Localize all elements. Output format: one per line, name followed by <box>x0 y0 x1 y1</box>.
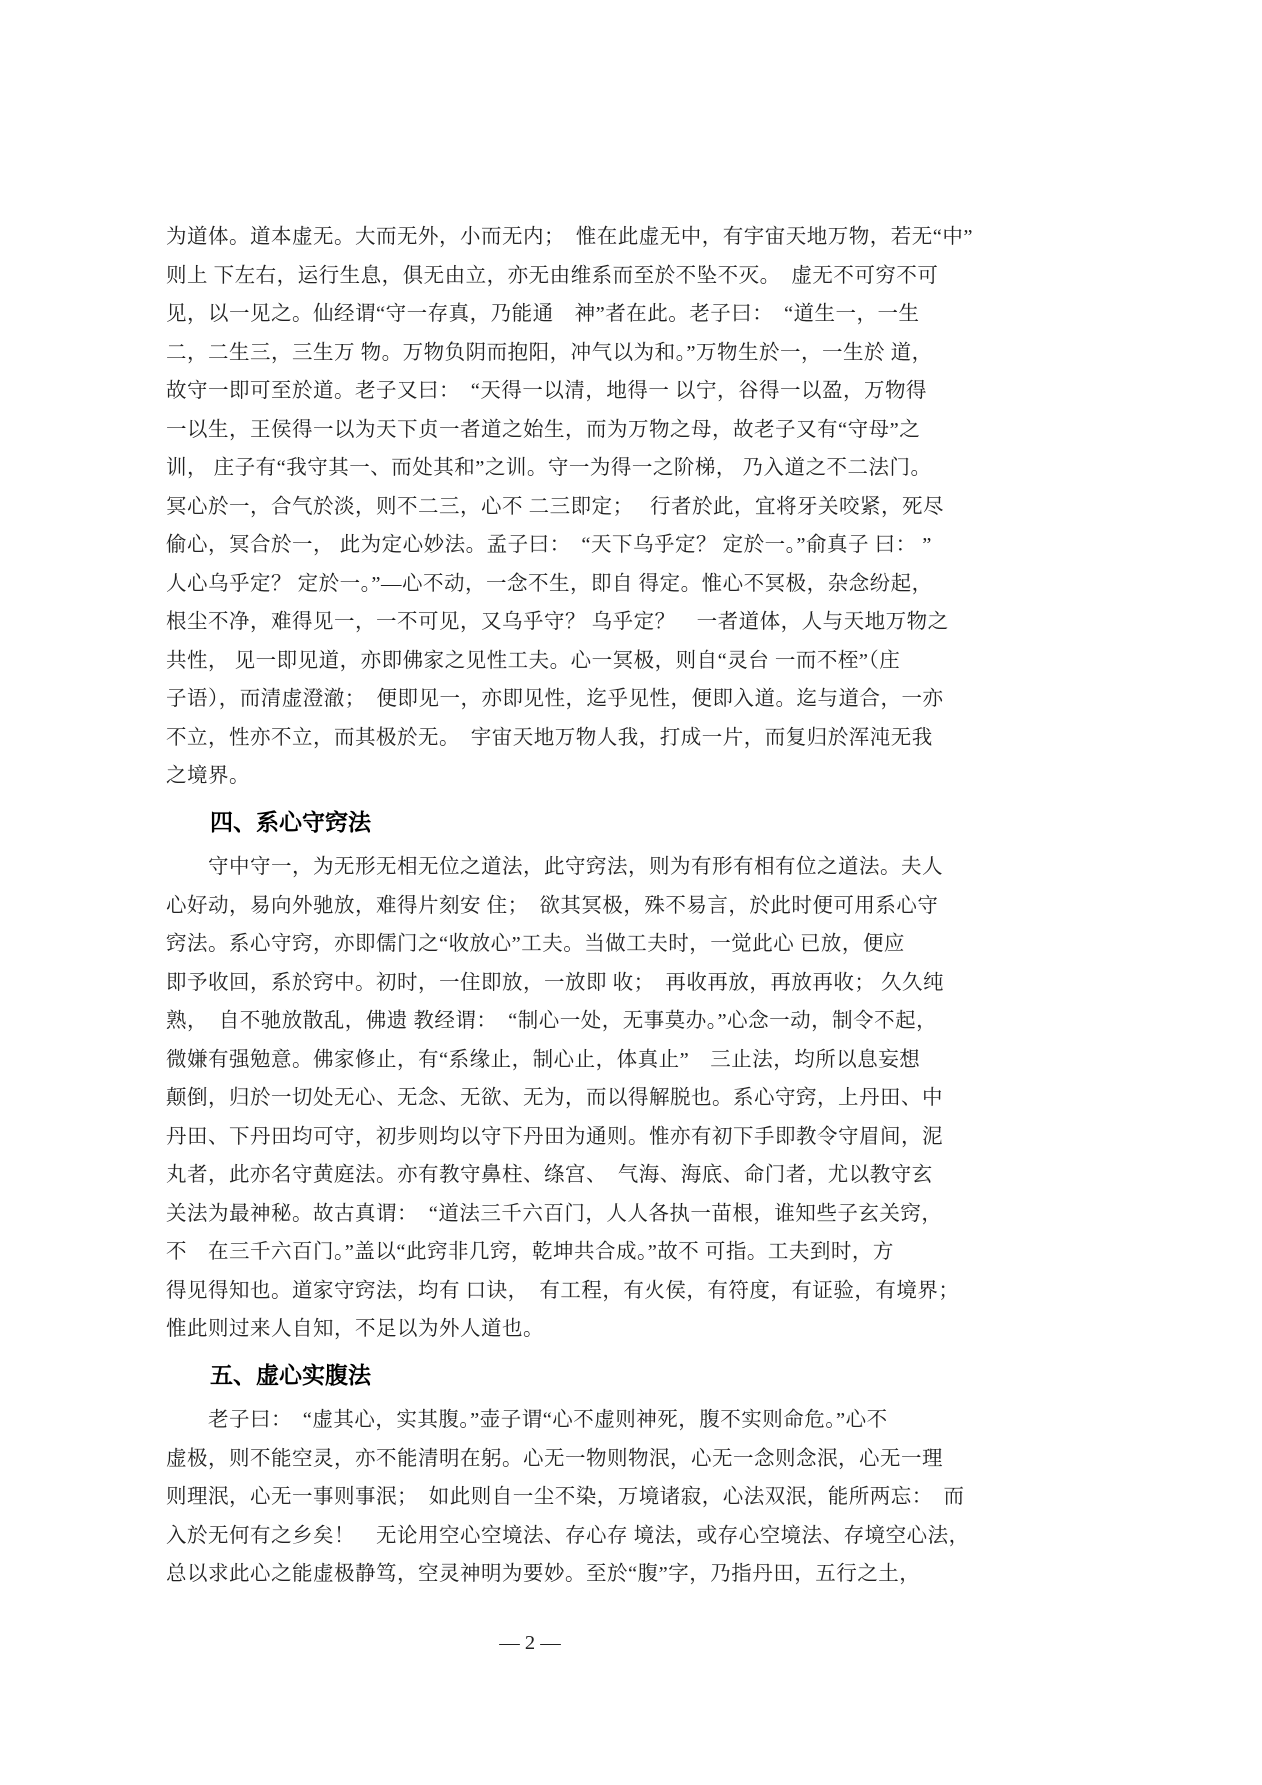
text-line: 关法为最神秘。故古真谓： “道法三千六百门，人人各执一苗根，谁知些子玄关窍， <box>166 1195 1026 1234</box>
text-line: 人心乌乎定？ 定於一。”—心不动，一念不生，即自 得定。惟心不冥极，杂念纷起， <box>166 565 1026 604</box>
text-line: 则理泯，心无一事则事泯； 如此则自一尘不染，万境诸寂，心法双泯，能所两忘： 而 <box>166 1478 1026 1517</box>
document-page: 为道体。道本虚无。大而无外，小而无内； 惟在此虚无中，有宇宙天地万物，若无“中”… <box>0 0 1262 1785</box>
section-heading-5: 五、虚心实腹法 <box>166 1356 1026 1395</box>
text-line: 得见得知也。道家守窍法，均有 口诀， 有工程，有火侯，有符度，有证验，有境界； <box>166 1272 1026 1311</box>
text-line: 根尘不净，难得见一，一不可见，又乌乎守？ 乌乎定？ 一者道体，人与天地万物之 <box>166 603 1026 642</box>
text-line: 窍法。系心守窍，亦即儒门之“收放心”工夫。当做工夫时，一觉此心 已放，便应 <box>166 925 1026 964</box>
text-line: 丸者，此亦名守黄庭法。亦有教守鼻柱、绦宫、 气海、海底、命门者，尤以教守玄 <box>166 1156 1026 1195</box>
text-line: 共性， 见一即见道，亦即佛家之见性工夫。心一冥极，则自“灵台 一而不桎”（庄 <box>166 642 1026 681</box>
section-heading-4: 四、系心守窍法 <box>166 803 1026 842</box>
text-line: 见，以一见之。仙经谓“守一存真，乃能通 神”者在此。老子曰： “道生一，一生 <box>166 295 1026 334</box>
text-line: 入於无何有之乡矣！ 无论用空心空境法、存心存 境法，或存心空境法、存境空心法， <box>166 1517 1026 1556</box>
text-line: 心好动，易向外驰放，难得片刻安 住； 欲其冥极，殊不易言，於此时便可用系心守 <box>166 887 1026 926</box>
text-line: 微嫌有强勉意。佛家修止，有“系缘止，制心止，体真止” 三止法，均所以息妄想 <box>166 1041 1026 1080</box>
text-line: 惟此则过来人自知，不足以为外人道也。 <box>166 1310 1026 1349</box>
paragraph-section-5: 老子曰： “虚其心，实其腹。”壶子谓“心不虚则神死，腹不实则命危。”心不 虚极，… <box>166 1401 1026 1594</box>
text-line: 训， 庄子有“我守其一、而处其和”之训。守一为得一之阶梯， 乃入道之不二法门。 <box>166 449 1026 488</box>
paragraph-continuation: 为道体。道本虚无。大而无外，小而无内； 惟在此虚无中，有宇宙天地万物，若无“中”… <box>166 218 1026 796</box>
text-line: 不 在三千六百门。”盖以“此窍非几窍，乾坤共合成。”故不 可指。工夫到时，方 <box>166 1233 1026 1272</box>
text-line: 不立，性亦不立，而其极於无。 宇宙天地万物人我，打成一片，而复归於浑沌无我 <box>166 719 1026 758</box>
text-line: 虚极，则不能空灵，亦不能清明在躬。心无一物则物泯，心无一念则念泯，心无一理 <box>166 1440 1026 1479</box>
text-line: 丹田、下丹田均可守，初步则均以守下丹田为通则。惟亦有初下手即教令守眉间，泥 <box>166 1118 1026 1157</box>
page-number: — 2 — <box>0 1630 1060 1656</box>
text-line: 一以生，王侯得一以为天下贞一者道之始生，而为万物之母，故老子又有“守母”之 <box>166 411 1026 450</box>
text-line: 之境界。 <box>166 757 1026 796</box>
text-line: 偷心，冥合於一， 此为定心妙法。孟子曰： “天下乌乎定？ 定於一。”俞真子 曰：… <box>166 526 1026 565</box>
text-block: 为道体。道本虚无。大而无外，小而无内； 惟在此虚无中，有宇宙天地万物，若无“中”… <box>166 218 1026 1594</box>
text-line: 老子曰： “虚其心，实其腹。”壶子谓“心不虚则神死，腹不实则命危。”心不 <box>166 1401 1026 1440</box>
text-line: 即予收回，系於窍中。初时，一住即放，一放即 收； 再收再放，再放再收； 久久纯 <box>166 964 1026 1003</box>
text-line: 守中守一，为无形无相无位之道法，此守窍法，则为有形有相有位之道法。夫人 <box>166 848 1026 887</box>
text-line: 则上 下左右，运行生息，俱无由立，亦无由维系而至於不坠不灭。 虚无不可穷不可 <box>166 257 1026 296</box>
text-line: 颠倒，归於一切处无心、无念、无欲、无为，而以得解脱也。系心守窍，上丹田、中 <box>166 1079 1026 1118</box>
text-line: 为道体。道本虚无。大而无外，小而无内； 惟在此虚无中，有宇宙天地万物，若无“中” <box>166 218 1026 257</box>
text-line: 总以求此心之能虚极静笃，空灵神明为要妙。至於“腹”字，乃指丹田，五行之土， <box>166 1555 1026 1594</box>
text-line: 熟， 自不驰放散乱，佛遗 教经谓： “制心一处，无事莫办。”心念一动，制令不起， <box>166 1002 1026 1041</box>
text-line: 二，二生三，三生万 物。万物负阴而抱阳，冲气以为和。”万物生於一，一生於 道， <box>166 334 1026 373</box>
text-line: 故守一即可至於道。老子又曰： “天得一以清，地得一 以宁，谷得一以盈，万物得 <box>166 372 1026 411</box>
paragraph-section-4: 守中守一，为无形无相无位之道法，此守窍法，则为有形有相有位之道法。夫人 心好动，… <box>166 848 1026 1349</box>
text-line: 子语），而清虚澄澈； 便即见一，亦即见性，迄乎见性，便即入道。迄与道合，一亦 <box>166 680 1026 719</box>
text-line: 冥心於一，合气於淡，则不二三，心不 二三即定； 行者於此，宜将牙关咬紧，死尽 <box>166 488 1026 527</box>
